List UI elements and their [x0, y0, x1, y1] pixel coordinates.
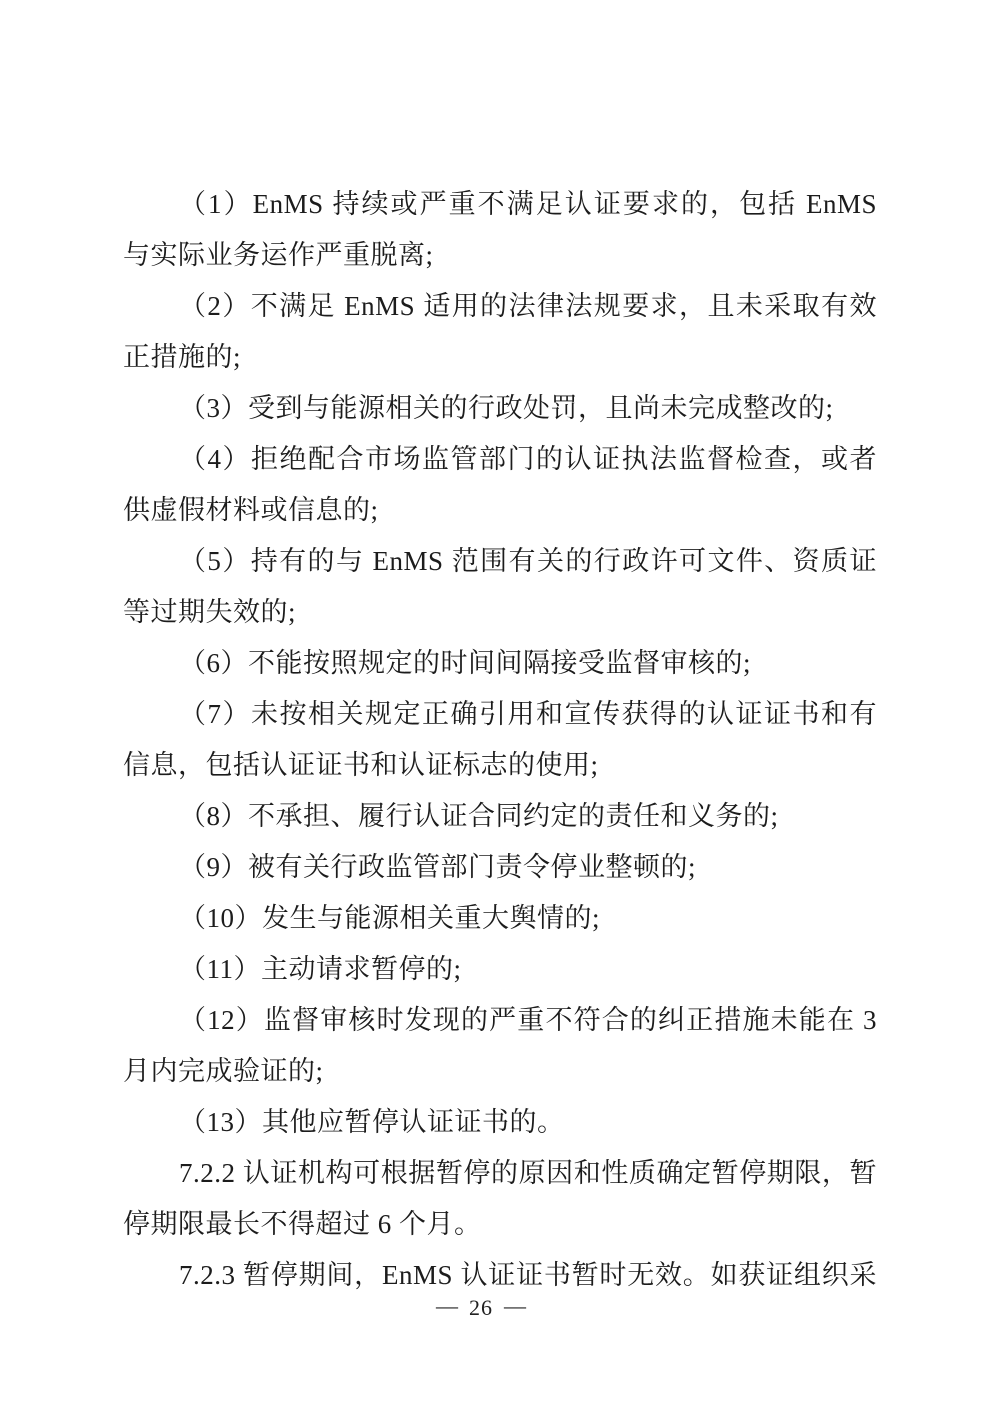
- text-line: 正措施的;: [123, 332, 877, 383]
- page-number: 26: [469, 1291, 493, 1325]
- section-7-2-2: 7.2.2 认证机构可根据暂停的原因和性质确定暂停期限，暂 停期限最长不得超过 …: [123, 1148, 877, 1250]
- text-line: （9）被有关行政监管部门责令停业整顿的;: [123, 842, 877, 893]
- text-line: （3）受到与能源相关的行政处罚，且尚未完成整改的;: [123, 383, 877, 434]
- list-item-11: （11）主动请求暂停的;: [123, 944, 877, 995]
- text-line: （6）不能按照规定的时间间隔接受监督审核的;: [123, 638, 877, 689]
- text-line: 供虚假材料或信息的;: [123, 485, 877, 536]
- text-line: （4）拒绝配合市场监管部门的认证执法监督检查，或者提: [123, 434, 877, 485]
- text-line: 停期限最长不得超过 6 个月。: [123, 1199, 877, 1250]
- text-line: （7）未按相关规定正确引用和宣传获得的认证证书和有关: [123, 689, 877, 740]
- text-line: 月内完成验证的;: [123, 1046, 877, 1097]
- list-item-1: （1）EnMS 持续或严重不满足认证要求的，包括 EnMS 文件 与实际业务运作…: [123, 179, 877, 281]
- text-line: 7.2.2 认证机构可根据暂停的原因和性质确定暂停期限，暂: [123, 1148, 877, 1199]
- document-page: （1）EnMS 持续或严重不满足认证要求的，包括 EnMS 文件 与实际业务运作…: [0, 0, 1000, 1414]
- text-line: 与实际业务运作严重脱离;: [123, 230, 877, 281]
- text-line: （11）主动请求暂停的;: [123, 944, 877, 995]
- text-line: （5）持有的与 EnMS 范围有关的行政许可文件、资质证书: [123, 536, 877, 587]
- list-item-5: （5）持有的与 EnMS 范围有关的行政许可文件、资质证书 等过期失效的;: [123, 536, 877, 638]
- list-item-8: （8）不承担、履行认证合同约定的责任和义务的;: [123, 791, 877, 842]
- list-item-4: （4）拒绝配合市场监管部门的认证执法监督检查，或者提 供虚假材料或信息的;: [123, 434, 877, 536]
- list-item-3: （3）受到与能源相关的行政处罚，且尚未完成整改的;: [123, 383, 877, 434]
- list-item-2: （2）不满足 EnMS 适用的法律法规要求，且未采取有效纠 正措施的;: [123, 281, 877, 383]
- list-item-13: （13）其他应暂停认证证书的。: [123, 1097, 877, 1148]
- text-line: （10）发生与能源相关重大舆情的;: [123, 893, 877, 944]
- list-item-10: （10）发生与能源相关重大舆情的;: [123, 893, 877, 944]
- footer-dash-left: —: [436, 1289, 458, 1323]
- text-line: （13）其他应暂停认证证书的。: [123, 1097, 877, 1148]
- text-line: 信息，包括认证证书和认证标志的使用;: [123, 740, 877, 791]
- list-item-9: （9）被有关行政监管部门责令停业整顿的;: [123, 842, 877, 893]
- text-line: （12）监督审核时发现的严重不符合的纠正措施未能在 3 个: [123, 995, 877, 1046]
- body-text: （1）EnMS 持续或严重不满足认证要求的，包括 EnMS 文件 与实际业务运作…: [123, 179, 877, 1301]
- text-line: 等过期失效的;: [123, 587, 877, 638]
- text-line: （1）EnMS 持续或严重不满足认证要求的，包括 EnMS 文件: [123, 179, 877, 230]
- list-item-7: （7）未按相关规定正确引用和宣传获得的认证证书和有关 信息，包括认证证书和认证标…: [123, 689, 877, 791]
- text-line: （8）不承担、履行认证合同约定的责任和义务的;: [123, 791, 877, 842]
- list-item-6: （6）不能按照规定的时间间隔接受监督审核的;: [123, 638, 877, 689]
- page-footer: —26—: [0, 1291, 962, 1325]
- footer-dash-right: —: [504, 1289, 526, 1323]
- list-item-12: （12）监督审核时发现的严重不符合的纠正措施未能在 3 个 月内完成验证的;: [123, 995, 877, 1097]
- text-line: （2）不满足 EnMS 适用的法律法规要求，且未采取有效纠: [123, 281, 877, 332]
